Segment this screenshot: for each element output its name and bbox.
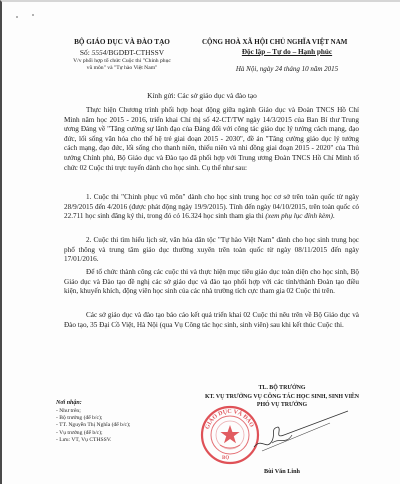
- signature-title-1: TL. BỘ TRƯỞNG: [162, 385, 400, 391]
- handwritten-number: 5554: [92, 48, 107, 57]
- recipient-item: - Lưu: VT, Vụ CTHSSV.: [56, 437, 130, 444]
- document-subject: V/v phối hợp tổ chức Cuộc thi "Chinh phụ…: [42, 58, 202, 72]
- greeting: Kính gửi: Các sở giáo dục và đào tạo: [2, 91, 400, 100]
- recipient-item: - TT. Nguyễn Thị Nghĩa (để b/c);: [56, 422, 130, 429]
- recipient-item: - Vụ trưởng (để b/c);: [56, 430, 130, 437]
- body-paragraph-contest-1: 1. Cuộc thi "Chinh phục vũ môn" dành cho…: [64, 193, 359, 222]
- signer-name: Bùi Văn Linh: [162, 468, 400, 475]
- recipients-title: Nơi nhận:: [56, 400, 82, 406]
- scan-speck: [16, 16, 18, 18]
- document-number: Số: 5554/BGDĐT-CTHSSV: [42, 48, 202, 57]
- recipients-list: - Như trên; - Bộ trưởng (để b/c); - TT. …: [56, 408, 130, 444]
- national-title: CỘNG HOÀ XÃ HỘI CHỦ NGHĨA VIỆT NAM: [202, 38, 400, 46]
- body-paragraph-contest-2: 2. Cuộc thi tìm hiểu lịch sử, văn hóa dâ…: [64, 236, 359, 265]
- body-paragraph-request: Để tổ chức thành công các cuộc thi và th…: [64, 268, 359, 297]
- issuing-organization: BỘ GIÁO DỤC VÀ ĐÀO TẠO: [42, 38, 202, 46]
- signature-title-2: KT. VỤ TRƯỞNG VỤ CÔNG TÁC HỌC SINH, SINH…: [162, 394, 400, 400]
- scan-speck: [32, 14, 34, 16]
- issue-date: Hà Nội, ngày 24 tháng 10 năm 2015: [202, 65, 372, 73]
- body-paragraph-intro: Thực hiện Chương trình phối hợp hoạt độn…: [64, 106, 359, 173]
- official-stamp-icon: GIÁO DỤC VÀ ĐÀO BỘ: [200, 405, 260, 465]
- handwritten-signature-icon: [252, 407, 352, 457]
- document-page: BỘ GIÁO DỤC VÀ ĐÀO TẠO Số: 5554/BGDĐT-CT…: [0, 0, 400, 484]
- body-paragraph-report: Các sở giáo dục và đào tạo báo cáo kết q…: [64, 311, 359, 330]
- svg-text:BỘ: BỘ: [222, 455, 229, 461]
- national-motto: Độc lập – Tự do – Hạnh phúc: [202, 48, 372, 56]
